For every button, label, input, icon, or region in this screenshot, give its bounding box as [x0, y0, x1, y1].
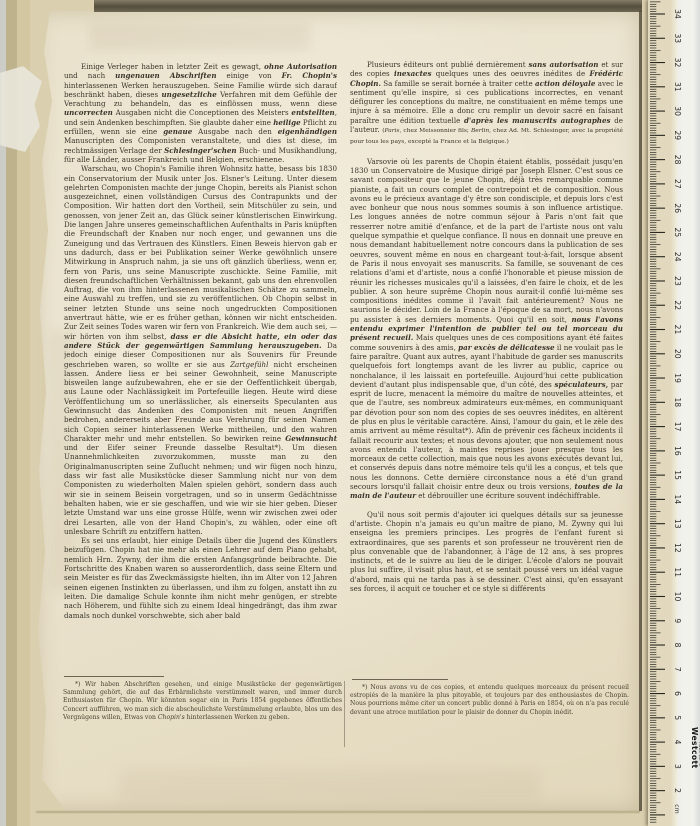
- left-column-text: Einige Verleger haben in letzter Zeit es…: [64, 62, 337, 620]
- ruler-number: 7: [673, 667, 682, 672]
- ruler-number: 4: [673, 740, 682, 745]
- page-stain: [120, 770, 540, 800]
- text-run: ohne Autorisation: [264, 62, 337, 71]
- right-footnote: *) Nous avons vu de ces copies, et enten…: [350, 684, 629, 717]
- text-run: Qu'il nous soit permis d'ajouter ici que…: [350, 510, 623, 593]
- page-stain: [90, 24, 310, 50]
- text-run: Paris: [385, 128, 400, 134]
- text-run: Sa famille se serait bornée à traiter ce…: [381, 79, 535, 88]
- scan-background: { "document": { "left_column": { "langua…: [0, 0, 700, 826]
- ruler-number: 9: [673, 618, 682, 623]
- ruler-number: 21: [673, 325, 682, 335]
- ruler-number: 23: [673, 276, 682, 286]
- text-run: et débrouiller une écriture souvent indé…: [416, 491, 600, 500]
- page-top-shadow-band: [94, 0, 642, 12]
- paragraph: Varsovie où les parents de Chopin étaien…: [350, 157, 623, 501]
- ruler-number: 13: [673, 519, 682, 529]
- footnote-text: *) Nous avons vu de ces copies, et enten…: [350, 684, 629, 717]
- text-run: nicht erscheinen lassen. Andere liess er…: [64, 360, 337, 443]
- ruler-number: 18: [673, 397, 682, 407]
- text-run: entstellten: [291, 108, 334, 117]
- paragraph: Einige Verleger haben in letzter Zeit es…: [64, 62, 337, 164]
- ruler-number: 3: [673, 764, 682, 769]
- ruler-number: 5: [673, 715, 682, 720]
- text-run: Gewinnsucht: [285, 434, 337, 443]
- ruler-number: 19: [673, 373, 682, 383]
- ruler-number: 26: [673, 203, 682, 213]
- ruler-number: 8: [673, 643, 682, 648]
- ruler-number: 32: [673, 58, 682, 68]
- ruler-number: 27: [673, 179, 682, 189]
- text-run: quelques unes des oeuvres inédites de: [431, 69, 589, 78]
- text-run: *) Nous avons vu de ces copies, et enten…: [350, 684, 629, 716]
- paragraph: Es sei uns erlaubt, hier einige Details …: [64, 536, 337, 620]
- ruler-number: 28: [673, 155, 682, 165]
- ruler-number: 12: [673, 543, 682, 553]
- ruler-scale: 3433323130292827262524232221201918171615…: [648, 0, 700, 826]
- paragraph: Plusieurs éditeurs ont publié dernièreme…: [350, 60, 623, 148]
- ruler-unit-label: cm: [673, 804, 680, 813]
- text-run: Plusieurs éditeurs ont publié dernièreme…: [367, 60, 529, 69]
- text-run: ungenauen Abschriften: [115, 71, 216, 80]
- footnote-text: *) Wir haben Abschriften gesehen, und ei…: [63, 681, 342, 722]
- text-run: Ausgabe nach den: [192, 127, 277, 136]
- paragraph: Warschau, wo Chopin's Familie ihren Wohn…: [64, 164, 337, 536]
- page-bottom-edge: [36, 811, 640, 813]
- text-run: uncorrecten: [64, 108, 113, 117]
- ruler-number: 16: [673, 446, 682, 456]
- ruler-number: 33: [673, 33, 682, 43]
- text-run: Berlin: [471, 128, 489, 134]
- right-column-text: Plusieurs éditeurs ont publié dernièreme…: [350, 60, 623, 593]
- ruler-number: 11: [673, 567, 682, 577]
- text-run: , chez Meissonnier fils;: [399, 128, 471, 134]
- text-run: inexactes: [394, 69, 431, 78]
- ruler-number: 24: [673, 252, 682, 262]
- ruler-number: 6: [673, 691, 682, 696]
- text-run: und der Eifer seiner Freunde dasselbe Re…: [64, 443, 337, 536]
- ruler-number: 2: [673, 788, 682, 793]
- footnote-rule-right: [352, 679, 448, 680]
- text-run: Warschau, wo Chopin's Familie ihren Wohn…: [64, 164, 337, 340]
- text-run: par excès de délicatesse: [458, 343, 554, 352]
- text-run: Fr. Chopin's: [282, 71, 337, 80]
- ruler-number: 25: [673, 228, 682, 238]
- text-run: hinterlassenen Werken zu geben.: [185, 714, 290, 721]
- text-run: Zartgefühl: [230, 360, 268, 369]
- ruler-number: 29: [673, 130, 682, 140]
- text-run: d'après les manuscrits autographes: [464, 116, 611, 125]
- ruler-number: 31: [673, 82, 682, 92]
- text-run: Einige Verleger haben in letzter Zeit es…: [81, 62, 264, 71]
- text-run: sans autorisation: [529, 60, 599, 69]
- page-right-edge: [639, 10, 642, 811]
- ruler-number: 10: [673, 592, 682, 602]
- text-run: action déloyale: [535, 79, 595, 88]
- text-run: Varsovie où les parents de Chopin étaien…: [350, 157, 623, 324]
- ruler-number: 17: [673, 422, 682, 432]
- ruler-number: 30: [673, 106, 682, 116]
- text-run: ungesetzliche: [162, 90, 217, 99]
- text-run: Es sei uns erlaubt, hier einige Details …: [64, 536, 337, 619]
- text-run: einige von: [217, 71, 282, 80]
- footnote-rule-left: [64, 676, 164, 677]
- text-run: genaue: [163, 127, 192, 136]
- ruler-number: 15: [673, 470, 682, 480]
- text-run: heilige: [273, 118, 300, 127]
- text-run: Ausgaben nicht die Conceptionen des Meis…: [113, 108, 292, 117]
- ruler-number: 22: [673, 300, 682, 310]
- left-footnote: *) Wir haben Abschriften gesehen, und ei…: [63, 681, 342, 722]
- text-run: Schlesinger'schen: [164, 146, 237, 155]
- text-run: Chopin's: [158, 714, 185, 721]
- text-run: par esprit de lucre, menacent la mémoire…: [350, 380, 623, 491]
- ruler: 3433323130292827262524232221201918171615…: [648, 0, 700, 826]
- ruler-number: 14: [673, 495, 682, 505]
- text-run: und nach: [64, 71, 115, 80]
- text-run: spéculateurs,: [554, 380, 608, 389]
- paragraph: Qu'il nous soit permis d'ajouter ici que…: [350, 510, 623, 594]
- ruler-number: 34: [673, 9, 682, 19]
- column-divider: [344, 681, 345, 747]
- text-run: eigenhändigen: [278, 127, 337, 136]
- ruler-number: 20: [673, 349, 682, 359]
